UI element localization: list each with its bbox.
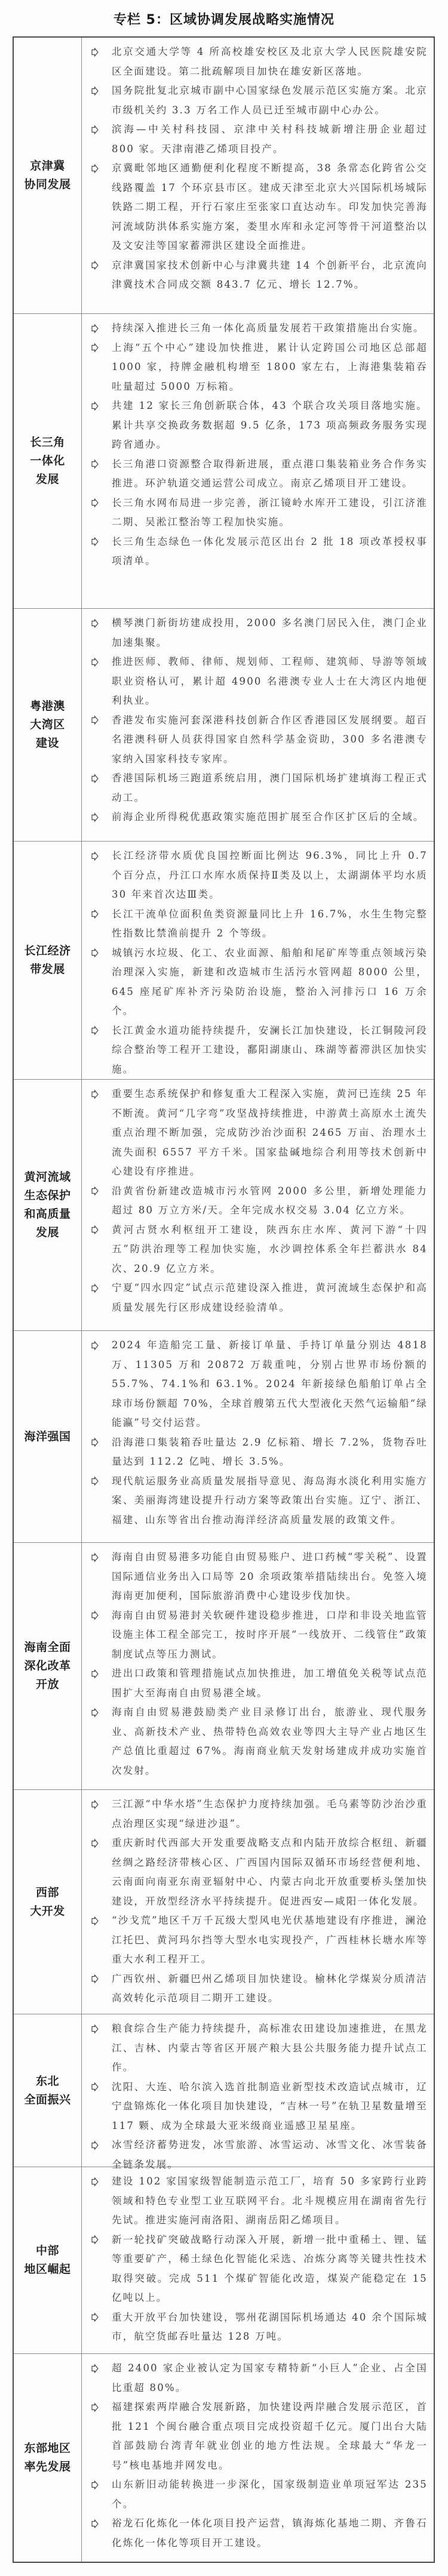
list-item: 长三角生态绿色一体化发展示范区出台 2 批 18 项改革授权事项清单。 <box>89 532 428 571</box>
list-item: 长江经济带水质优良国控断面比例达 96.3%，同比上升 0.7 个百分点，丹江口… <box>89 846 428 905</box>
strategy-table: 京津冀 协同发展 北京交通大学等 4 所高校雄安校区及北京大学人民医院雄安院区全… <box>13 36 435 2563</box>
outlined-arrow-bullet-icon <box>89 1021 112 1041</box>
list-item: 重大开放平台加快建设，鄂州花湖国际机场通达 40 余个国际城市，航空货邮吞吐量达… <box>89 2308 428 2347</box>
item-text: 滨海—中关村科技园、京津中关村科技城新增注册企业超过 800 家。天津南港乙烯项… <box>112 120 428 159</box>
outlined-arrow-bullet-icon <box>89 159 112 178</box>
region-label: 东北 全面振兴 <box>24 2072 70 2109</box>
list-item: 京冀毗邻地区通勤便利化程度不断提高，38 条常态化跨省公交线路覆盖 17 个环京… <box>89 159 428 256</box>
outlined-arrow-bullet-icon <box>89 1221 112 1240</box>
item-text: “沙戈荒”地区千万千瓦级大型风电光伏基地建设有序推进，澜沧江托巴、黄河玛尔挡等大… <box>112 1911 428 1970</box>
list-item: 北京交通大学等 4 所高校雄安校区及北京大学人民医院雄安院区全面建设。第二批疏解… <box>89 42 428 81</box>
item-text: 粮食综合生产能力持续提升，高标准农田建设加速推进，在黑龙江、吉林、内蒙古等省区开… <box>112 2019 428 2078</box>
content-cell: 建设 102 家国家级智能制造示范工厂，培育 50 多家跨行业跨领域和特色专业型… <box>82 2167 434 2353</box>
outlined-arrow-bullet-icon <box>89 1703 112 1723</box>
table-row: 黄河流域 生态保护 和高质量 发展 重要生态系统保护和修复重大工程深入实施，黄河… <box>14 1079 434 1330</box>
item-text: 超 2400 家企业被认定为国家专精特新“小巨人”企业、占全国比重超 80%。 <box>112 2359 428 2398</box>
region-label: 海洋强国 <box>24 1428 70 1446</box>
item-text: 京津冀国家技术创新中心与津冀共建 14 个创新平台，北京流向津冀技术合同成交额 … <box>112 256 428 295</box>
outlined-arrow-bullet-icon <box>89 614 112 633</box>
item-text: 重大开放平台加快建设，鄂州花湖国际机场通达 40 余个国际城市，航空货邮吞吐量达… <box>112 2308 428 2347</box>
outlined-arrow-bullet-icon <box>89 81 112 101</box>
outlined-arrow-bullet-icon <box>89 455 112 474</box>
list-item: 长江干流单位面积鱼类资源量同比上升 16.7%，水生生物完整性指数比禁渔前提升 … <box>89 905 428 944</box>
outlined-arrow-bullet-icon <box>89 2308 112 2328</box>
region-label: 长三角 一体化 发展 <box>30 433 65 489</box>
outlined-arrow-bullet-icon <box>89 1084 112 1104</box>
list-item: 前海企业所得税优惠政策实施范围扩展至合作区扩区后的全域。 <box>89 808 428 827</box>
item-text: 长三角港口资源整合取得新进展，重点港口集装箱业务合作务实推进。环沪轨道交通运营公… <box>112 455 428 494</box>
list-item: 建设 102 家国家级智能制造示范工厂，培育 50 多家跨行业跨领域和特色专业型… <box>89 2172 428 2230</box>
table-row: 西部 大开发 三江源“中华水塔”生态保护力度持续加强。毛乌素等防沙治沙重点治理区… <box>14 1789 434 2014</box>
outlined-arrow-bullet-icon <box>89 1911 112 1931</box>
item-text: 山东新旧动能转换进一步深化，国家级制造业单项冠军达 235 个。 <box>112 2475 428 2514</box>
item-text: 海南自由贸易港封关软硬件建设稳步推进，口岸和非设关地监管设施主体工程全部完工，按… <box>112 1606 428 1665</box>
outlined-arrow-bullet-icon <box>89 1548 112 1567</box>
outlined-arrow-bullet-icon <box>89 1472 112 1492</box>
outlined-arrow-bullet-icon <box>89 808 112 827</box>
region-label-cell: 京津冀 协同发展 <box>14 38 82 313</box>
region-label-cell: 东部地区 率先发展 <box>14 2354 82 2562</box>
list-item: 超 2400 家企业被认定为国家专精特新“小巨人”企业、占全国比重超 80%。 <box>89 2359 428 2398</box>
outlined-arrow-bullet-icon <box>89 1278 112 1298</box>
list-item: 广西钦州、新疆巴州乙烯项目加快建设。榆林化学煤炭分质清洁高效转化示范项目二期开工… <box>89 1970 428 2008</box>
outlined-arrow-bullet-icon <box>89 652 112 672</box>
outlined-arrow-bullet-icon <box>89 1970 112 1989</box>
region-label: 长江经济 带发展 <box>24 942 70 979</box>
outlined-arrow-bullet-icon <box>89 1336 112 1355</box>
region-label: 海南全面 深化改革 开放 <box>24 1638 70 1694</box>
content-cell: 海南自由贸易港多功能自由贸易账户、进口药械“零关税”、设置国际通信业务出入口局等… <box>82 1543 434 1789</box>
list-item: 香港国际机场三跑道系统启用，澳门国际机场扩建填海工程正式动工。 <box>89 769 428 808</box>
table-row: 长三角 一体化 发展 持续深入推进长三角一体化高质量发展若干政策措施出台实施。 … <box>14 313 434 608</box>
item-text: 三江源“中华水塔”生态保护力度持续加强。毛乌素等防沙治沙重点治理区实现“绿进沙退… <box>112 1795 428 1834</box>
list-item: 沈阳、大连、哈尔滨入选首批制造业新型技术改造试点城市，辽宁盘锦炼化一体化项目加快… <box>89 2078 428 2136</box>
outlined-arrow-bullet-icon <box>89 944 112 963</box>
region-label: 东部地区 率先发展 <box>24 2439 70 2476</box>
list-item: 沿海港口集装箱吞吐量达 2.9 亿标箱、增长 7.2%，货物吞吐量达到 112.… <box>89 1433 428 1472</box>
item-text: 长江经济带水质优良国控断面比例达 96.3%，同比上升 0.7 个百分点，丹江口… <box>112 846 428 905</box>
item-text: 宁夏“四水四定”试点示范建设深入推进，黄河流域生态保护和高质量发展先行区形成建设… <box>112 1278 428 1317</box>
list-item: 城镇污水垃圾、化工、农业面源、船舶和尾矿库等重点领域污染治理深入实施，新建和改造… <box>89 944 428 1021</box>
list-item: 长三角水网布局进一步完善，浙江镜岭水库开工建设，引江济淮二期、吴淞江整治等工程加… <box>89 494 428 532</box>
list-item: 国务院批复北京城市副中心国家绿色发展示范区实施方案。北京市级机关约 3.3 万名… <box>89 81 428 120</box>
list-item: 新一轮找矿突破战略行动深入开展，新增一批中重稀土、锂、锰等重要矿产，稀土绿色化智… <box>89 2230 428 2308</box>
outlined-arrow-bullet-icon <box>89 319 112 338</box>
table-row: 东北 全面振兴 粮食综合生产能力持续提升，高标准农田建设加速推进，在黑龙江、吉林… <box>14 2014 434 2167</box>
item-text: 建设 102 家国家级智能制造示范工厂，培育 50 多家跨行业跨领域和特色专业型… <box>112 2172 428 2230</box>
table-row: 京津冀 协同发展 北京交通大学等 4 所高校雄安校区及北京大学人民医院雄安院区全… <box>14 38 434 313</box>
content-cell: 长江经济带水质优良国控断面比例达 96.3%，同比上升 0.7 个百分点，丹江口… <box>82 842 434 1079</box>
region-label-cell: 长江经济 带发展 <box>14 842 82 1079</box>
table-row: 长江经济 带发展 长江经济带水质优良国控断面比例达 96.3%，同比上升 0.7… <box>14 841 434 1079</box>
list-item: 上海“五个中心”建设加快推进，累计认定跨国公司地区总部超 1000 家，持牌金融… <box>89 338 428 397</box>
outlined-arrow-bullet-icon <box>89 769 112 788</box>
outlined-arrow-bullet-icon <box>89 2078 112 2097</box>
item-text: 长三角水网布局进一步完善，浙江镜岭水库开工建设，引江济淮二期、吴淞江整治等工程加… <box>112 494 428 532</box>
region-label-cell: 长三角 一体化 发展 <box>14 314 82 608</box>
list-item: 裕龙石化炼化一体化项目投产运营，镇海炼化基地二期、齐鲁石化炼化一体化等项目开工建… <box>89 2514 428 2553</box>
table-row: 粤港澳 大湾区 建设 横琴澳门新街坊建成投用，2000 多名澳门居民入住，澳门企… <box>14 608 434 841</box>
outlined-arrow-bullet-icon <box>89 2230 112 2250</box>
region-label: 黄河流域 生态保护 和高质量 发展 <box>24 1168 70 1242</box>
region-label-cell: 中部 地区崛起 <box>14 2167 82 2353</box>
item-text: 进出口政策和管理措施试点加快推进，加工增值免关税等试点范围扩大至海南自由贸易港全… <box>112 1664 428 1703</box>
outlined-arrow-bullet-icon <box>89 1433 112 1453</box>
list-item: 香港发布实施河套深港科技创新合作区香港园区发展纲要。超百名港澳科研人员获得国家自… <box>89 711 428 769</box>
item-text: 重庆新时代西部大开发重要战略支点和内陆开放综合枢纽、新疆丝绸之路经济带核心区、广… <box>112 1834 428 1911</box>
item-text: 长三角生态绿色一体化发展示范区出台 2 批 18 项改革授权事项清单。 <box>112 532 428 571</box>
item-text: 广西钦州、新疆巴州乙烯项目加快建设。榆林化学煤炭分质清洁高效转化示范项目二期开工… <box>112 1970 428 2008</box>
outlined-arrow-bullet-icon <box>89 338 112 358</box>
region-label-cell: 西部 大开发 <box>14 1790 82 2014</box>
list-item: 进出口政策和管理措施试点加快推进，加工增值免关税等试点范围扩大至海南自由贸易港全… <box>89 1664 428 1703</box>
item-text: 前海企业所得税优惠政策实施范围扩展至合作区扩区后的全域。 <box>112 808 428 827</box>
outlined-arrow-bullet-icon <box>89 1834 112 1853</box>
item-text: 国务院批复北京城市副中心国家绿色发展示范区实施方案。北京市级机关约 3.3 万名… <box>112 81 428 120</box>
outlined-arrow-bullet-icon <box>89 1664 112 1684</box>
item-text: 海南自由贸易港多功能自由贸易账户、进口药械“零关税”、设置国际通信业务出入口局等… <box>112 1548 428 1606</box>
outlined-arrow-bullet-icon <box>89 120 112 140</box>
item-text: 京冀毗邻地区通勤便利化程度不断提高，38 条常态化跨省公交线路覆盖 17 个环京… <box>112 159 428 256</box>
outlined-arrow-bullet-icon <box>89 1606 112 1626</box>
content-cell: 重要生态系统保护和修复重大工程深入实施，黄河已连续 25 年不断流。黄河“几字弯… <box>82 1080 434 1330</box>
item-text: 持续深入推进长三角一体化高质量发展若干政策措施出台实施。 <box>112 319 428 338</box>
list-item: 长三角港口资源整合取得新进展，重点港口集装箱业务合作务实推进。环沪轨道交通运营公… <box>89 455 428 494</box>
item-text: 海南自由贸易港鼓励类产业目录修订出台，旅游业、现代服务业、高新技术产业、热带特色… <box>112 1703 428 1780</box>
table-row: 海洋强国 2024 年造船完工量、新接订单量、手持订单量分别达 4818 万、1… <box>14 1330 434 1542</box>
list-item: 现代航运服务业高质量发展指导意见、海岛海水淡化利用实施方案、美丽海湾建设提升行动… <box>89 1472 428 1530</box>
region-label-cell: 黄河流域 生态保护 和高质量 发展 <box>14 1080 82 1330</box>
region-label-cell: 海南全面 深化改革 开放 <box>14 1543 82 1789</box>
list-item: 2024 年造船完工量、新接订单量、手持订单量分别达 4818 万、11305 … <box>89 1336 428 1433</box>
item-text: 上海“五个中心”建设加快推进，累计认定跨国公司地区总部超 1000 家，持牌金融… <box>112 338 428 397</box>
page-title: 专栏 5：区域协调发展战略实施情况 <box>0 8 448 32</box>
outlined-arrow-bullet-icon <box>89 396 112 416</box>
list-item: 推进医师、教师、律师、规划师、工程师、建筑师、导游等领域职业资格认可，累计超 4… <box>89 652 428 711</box>
outlined-arrow-bullet-icon <box>89 2172 112 2192</box>
item-text: 沿海港口集装箱吞吐量达 2.9 亿标箱、增长 7.2%，货物吞吐量达到 112.… <box>112 1433 428 1472</box>
region-label-cell: 东北 全面振兴 <box>14 2014 82 2167</box>
item-text: 福建探索两岸融合发展新路，加快建设两岸融合发展示范区，首批 121 个闽台融合重… <box>112 2398 428 2475</box>
item-text: 2024 年造船完工量、新接订单量、手持订单量分别达 4818 万、11305 … <box>112 1336 428 1433</box>
outlined-arrow-bullet-icon <box>89 1795 112 1814</box>
list-item: 宁夏“四水四定”试点示范建设深入推进，黄河流域生态保护和高质量发展先行区形成建设… <box>89 1278 428 1317</box>
list-item: 重要生态系统保护和修复重大工程深入实施，黄河已连续 25 年不断流。黄河“几字弯… <box>89 1084 428 1182</box>
item-text: 裕龙石化炼化一体化项目投产运营，镇海炼化基地二期、齐鲁石化炼化一体化等项目开工建… <box>112 2514 428 2553</box>
content-cell: 北京交通大学等 4 所高校雄安校区及北京大学人民医院雄安院区全面建设。第二批疏解… <box>82 38 434 313</box>
item-text: 新一轮找矿突破战略行动深入开展，新增一批中重稀土、锂、锰等重要矿产，稀土绿色化智… <box>112 2230 428 2308</box>
item-text: 沈阳、大连、哈尔滨入选首批制造业新型技术改造试点城市，辽宁盘锦炼化一体化项目加快… <box>112 2078 428 2136</box>
item-text: 推进医师、教师、律师、规划师、工程师、建筑师、导游等领域职业资格认可，累计超 4… <box>112 652 428 711</box>
item-text: 长江黄金水道功能持续提升，安澜长江加快建设，长江铜陵河段综合整治等工程开工建设，… <box>112 1021 428 1080</box>
list-item: 福建探索两岸融合发展新路，加快建设两岸融合发展示范区，首批 121 个闽台融合重… <box>89 2398 428 2475</box>
list-item: 持续深入推进长三角一体化高质量发展若干政策措施出台实施。 <box>89 319 428 338</box>
outlined-arrow-bullet-icon <box>89 2136 112 2155</box>
table-row: 东部地区 率先发展 超 2400 家企业被认定为国家专精特新“小巨人”企业、占全… <box>14 2353 434 2562</box>
item-text: 重要生态系统保护和修复重大工程深入实施，黄河已连续 25 年不断流。黄河“几字弯… <box>112 1084 428 1182</box>
item-text: 沿黄省份新建改造城市污水管网 2000 多公里，新增处理能力超过 80 万立方米… <box>112 1182 428 1221</box>
table-row: 中部 地区崛起 建设 102 家国家级智能制造示范工厂，培育 50 多家跨行业跨… <box>14 2167 434 2353</box>
list-item: 横琴澳门新街坊建成投用，2000 多名澳门居民入住，澳门企业加速集聚。 <box>89 614 428 652</box>
outlined-arrow-bullet-icon <box>89 2019 112 2039</box>
list-item: 海南自由贸易港封关软硬件建设稳步推进，口岸和非设关地监管设施主体工程全部完工，按… <box>89 1606 428 1665</box>
outlined-arrow-bullet-icon <box>89 2359 112 2378</box>
item-text: 城镇污水垃圾、化工、农业面源、船舶和尾矿库等重点领域污染治理深入实施，新建和改造… <box>112 944 428 1021</box>
region-label: 京津冀 协同发展 <box>24 157 70 194</box>
content-cell: 2024 年造船完工量、新接订单量、手持订单量分别达 4818 万、11305 … <box>82 1331 434 1542</box>
outlined-arrow-bullet-icon <box>89 846 112 866</box>
item-text: 长江干流单位面积鱼类资源量同比上升 16.7%，水生生物完整性指数比禁渔前提升 … <box>112 905 428 944</box>
list-item: 海南自由贸易港多功能自由贸易账户、进口药械“零关税”、设置国际通信业务出入口局等… <box>89 1548 428 1606</box>
list-item: 京津冀国家技术创新中心与津冀共建 14 个创新平台，北京流向津冀技术合同成交额 … <box>89 256 428 295</box>
region-label-cell: 粤港澳 大湾区 建设 <box>14 609 82 841</box>
list-item: 黄河古贤水利枢纽开工建设，陕西东庄水库、黄河下游“十四五”防洪治理等工程加快实施… <box>89 1221 428 1279</box>
list-item: 山东新旧动能转换进一步深化，国家级制造业单项冠军达 235 个。 <box>89 2475 428 2514</box>
outlined-arrow-bullet-icon <box>89 711 112 731</box>
item-text: 横琴澳门新街坊建成投用，2000 多名澳门居民入住，澳门企业加速集聚。 <box>112 614 428 652</box>
list-item: 海南自由贸易港鼓励类产业目录修订出台，旅游业、现代服务业、高新技术产业、热带特色… <box>89 1703 428 1780</box>
list-item: 共建 12 家长三角创新联合体，43 个联合攻关项目落地实施。累计共享交换政务数… <box>89 396 428 455</box>
item-text: 现代航运服务业高质量发展指导意见、海岛海水淡化利用实施方案、美丽海湾建设提升行动… <box>112 1472 428 1530</box>
content-cell: 超 2400 家企业被认定为国家专精特新“小巨人”企业、占全国比重超 80%。 … <box>82 2354 434 2562</box>
list-item: 沿黄省份新建改造城市污水管网 2000 多公里，新增处理能力超过 80 万立方米… <box>89 1182 428 1221</box>
content-cell: 持续深入推进长三角一体化高质量发展若干政策措施出台实施。 上海“五个中心”建设加… <box>82 314 434 608</box>
list-item: 重庆新时代西部大开发重要战略支点和内陆开放综合枢纽、新疆丝绸之路经济带核心区、广… <box>89 1834 428 1911</box>
content-cell: 三江源“中华水塔”生态保护力度持续加强。毛乌素等防沙治沙重点治理区实现“绿进沙退… <box>82 1790 434 2014</box>
outlined-arrow-bullet-icon <box>89 494 112 513</box>
table-row: 海南全面 深化改革 开放 海南自由贸易港多功能自由贸易账户、进口药械“零关税”、… <box>14 1542 434 1789</box>
content-cell: 粮食综合生产能力持续提升，高标准农田建设加速推进，在黑龙江、吉林、内蒙古等省区开… <box>82 2014 434 2167</box>
outlined-arrow-bullet-icon <box>89 2514 112 2534</box>
content-cell: 横琴澳门新街坊建成投用，2000 多名澳门居民入住，澳门企业加速集聚。 推进医师… <box>82 609 434 841</box>
item-text: 香港国际机场三跑道系统启用，澳门国际机场扩建填海工程正式动工。 <box>112 769 428 808</box>
region-label-cell: 海洋强国 <box>14 1331 82 1542</box>
outlined-arrow-bullet-icon <box>89 2475 112 2495</box>
list-item: 粮食综合生产能力持续提升，高标准农田建设加速推进，在黑龙江、吉林、内蒙古等省区开… <box>89 2019 428 2078</box>
outlined-arrow-bullet-icon <box>89 1182 112 1201</box>
region-label: 粤港澳 大湾区 建设 <box>30 697 65 753</box>
region-label: 西部 大开发 <box>30 1884 65 1921</box>
outlined-arrow-bullet-icon <box>89 2398 112 2417</box>
list-item: 滨海—中关村科技园、京津中关村科技城新增注册企业超过 800 家。天津南港乙烯项… <box>89 120 428 159</box>
item-text: 北京交通大学等 4 所高校雄安校区及北京大学人民医院雄安院区全面建设。第二批疏解… <box>112 42 428 81</box>
list-item: “沙戈荒”地区千万千瓦级大型风电光伏基地建设有序推进，澜沧江托巴、黄河玛尔挡等大… <box>89 1911 428 1970</box>
item-text: 黄河古贤水利枢纽开工建设，陕西东庄水库、黄河下游“十四五”防洪治理等工程加快实施… <box>112 1221 428 1279</box>
outlined-arrow-bullet-icon <box>89 256 112 276</box>
outlined-arrow-bullet-icon <box>89 905 112 925</box>
list-item: 长江黄金水道功能持续提升，安澜长江加快建设，长江铜陵河段综合整治等工程开工建设，… <box>89 1021 428 1080</box>
outlined-arrow-bullet-icon <box>89 42 112 62</box>
item-text: 香港发布实施河套深港科技创新合作区香港园区发展纲要。超百名港澳科研人员获得国家自… <box>112 711 428 769</box>
list-item: 三江源“中华水塔”生态保护力度持续加强。毛乌素等防沙治沙重点治理区实现“绿进沙退… <box>89 1795 428 1834</box>
outlined-arrow-bullet-icon <box>89 532 112 552</box>
item-text: 共建 12 家长三角创新联合体，43 个联合攻关项目落地实施。累计共享交换政务数… <box>112 396 428 455</box>
region-label: 中部 地区崛起 <box>24 2242 70 2279</box>
